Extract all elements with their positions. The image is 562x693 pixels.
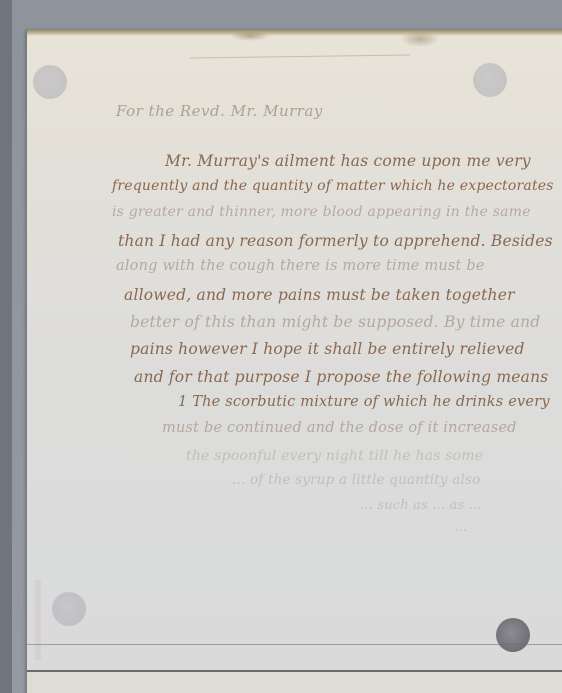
mounting-hinge-mark [473,63,507,97]
lower-page-strip [27,672,562,693]
letter-line: Mr. Murray's ailment has come upon me ve… [165,152,531,170]
letter-line: along with the cough there is more time … [116,258,485,274]
letter-line: must be continued and the dose of it inc… [162,420,517,436]
scan-left-edge [0,0,12,693]
edge-stain [400,31,440,47]
edge-stain [230,31,270,41]
letter-line: 1 The scorbutic mixture of which he drin… [178,394,550,410]
letter-line: and for that purpose I propose the follo… [134,368,548,386]
letter-heading: For the Revd. Mr. Murray [116,102,323,120]
manuscript-sheet [27,30,562,693]
letter-line: is greater and thinner, more blood appea… [112,204,531,220]
inner-page-edge [35,580,41,660]
mounting-hinge-mark [496,618,530,652]
mounting-hinge-mark [52,592,86,626]
letter-line: allowed, and more pains must be taken to… [124,286,515,304]
letter-line: the spoonful every night till he has som… [186,448,483,464]
letter-line: than I had any reason formerly to appreh… [118,232,553,250]
sheet-top-edge-stain [27,30,562,36]
letter-signature: ... [455,520,467,534]
letter-line: better of this than might be supposed. B… [130,313,540,331]
letter-line: pains however I hope it shall be entirel… [130,340,525,358]
letter-line: ... of the syrup a little quantity also [232,472,480,488]
letter-line: ... such as ... as ... [360,498,482,513]
fold-line [27,644,562,645]
mounting-hinge-mark [33,65,67,99]
letter-line: frequently and the quantity of matter wh… [112,178,554,194]
